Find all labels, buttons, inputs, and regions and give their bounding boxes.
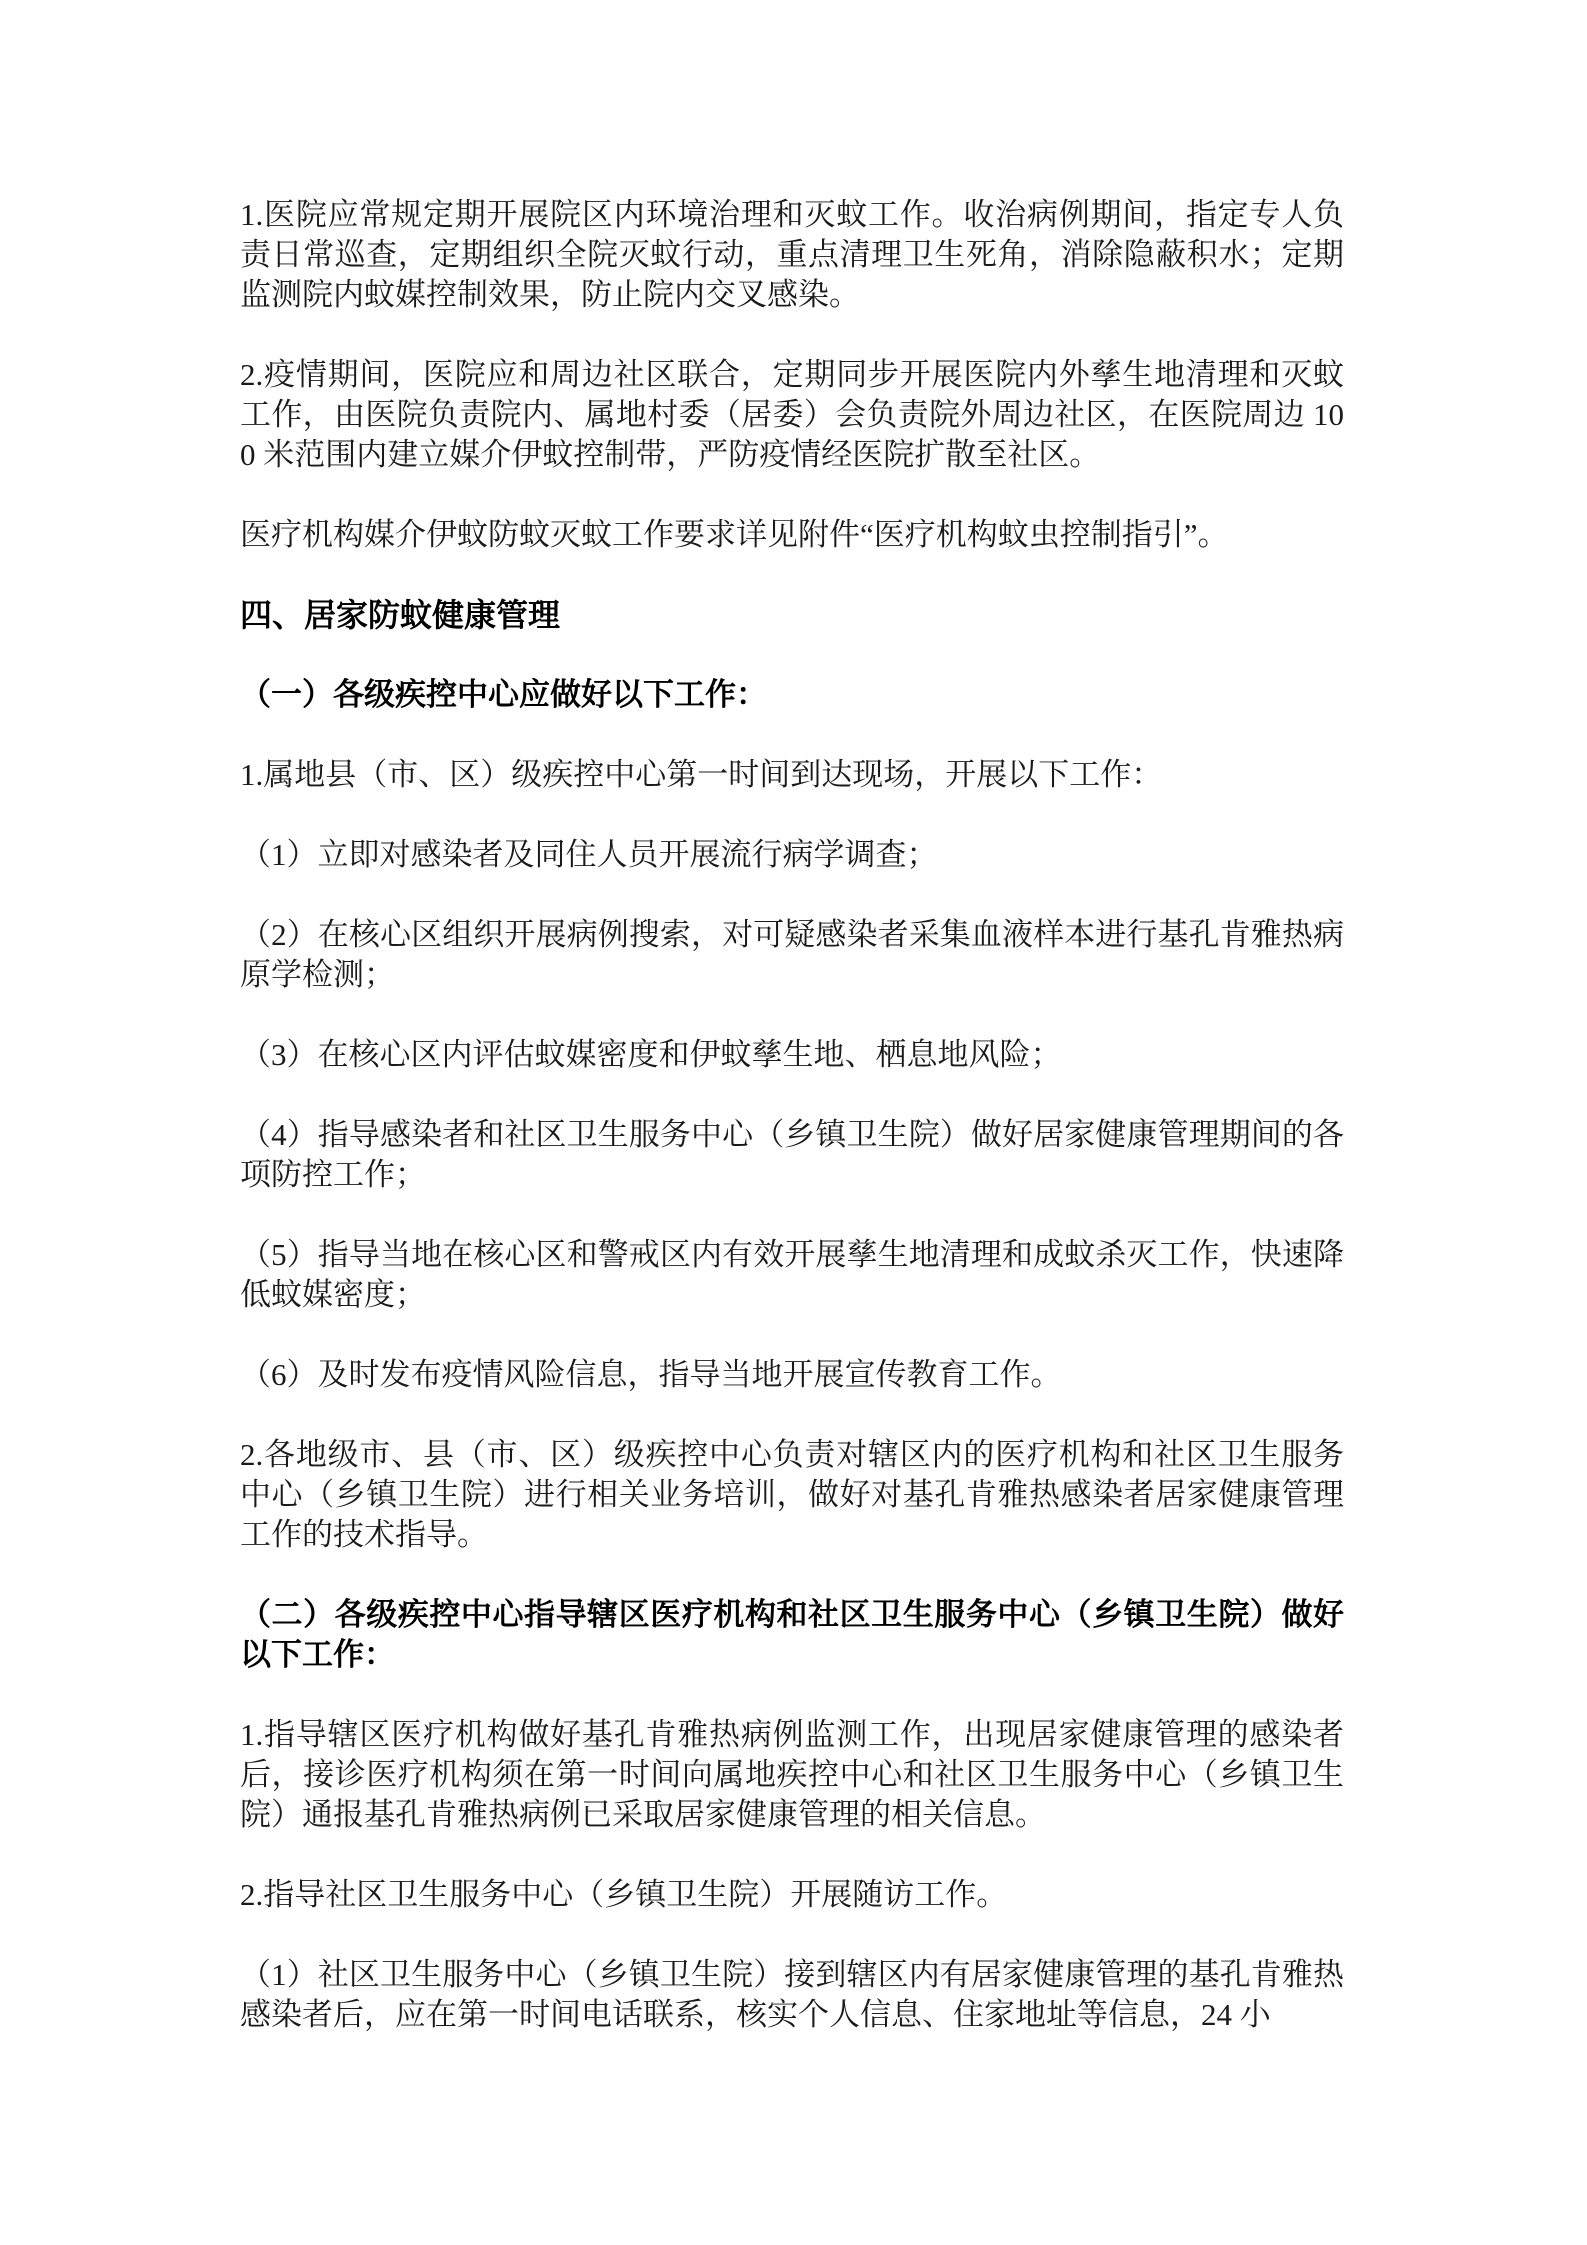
subheading-cdc-tasks: （一）各级疾控中心应做好以下工作：	[240, 675, 1344, 715]
document-page: 1.医院应常规定期开展院区内环境治理和灭蚊工作。收治病例期间，指定专人负责日常巡…	[0, 0, 1587, 2245]
subheading-cdc-guide-medical-institutions: （二）各级疾控中心指导辖区医疗机构和社区卫生服务中心（乡镇卫生院）做好以下工作：	[240, 1595, 1344, 1675]
paragraph-community-center-followup: 2.指导社区卫生服务中心（乡镇卫生院）开展随访工作。	[240, 1875, 1344, 1915]
paragraph-hospital-routine-mosquito-control: 1.医院应常规定期开展院区内环境治理和灭蚊工作。收治病例期间，指定专人负责日常巡…	[240, 195, 1344, 315]
paragraph-city-county-cdc-training: 2.各地级市、县（市、区）级疾控中心负责对辖区内的医疗机构和社区卫生服务中心（乡…	[240, 1435, 1344, 1555]
paragraph-item-2-case-search-blood-samples: （2）在核心区组织开展病例搜索，对可疑感染者采集血液样本进行基孔肯雅热病原学检测…	[240, 915, 1344, 995]
paragraph-item-1-phone-contact-verify-info: （1）社区卫生服务中心（乡镇卫生院）接到辖区内有居家健康管理的基孔肯雅热感染者后…	[240, 1955, 1344, 2035]
paragraph-item-6-risk-information-publicity: （6）及时发布疫情风险信息，指导当地开展宣传教育工作。	[240, 1355, 1344, 1395]
paragraph-county-cdc-arrive-onsite: 1.属地县（市、区）级疾控中心第一时间到达现场，开展以下工作：	[240, 755, 1344, 795]
paragraph-epidemic-hospital-community-joint-control: 2.疫情期间，医院应和周边社区联合，定期同步开展医院内外孳生地清理和灭蚊工作，由…	[240, 355, 1344, 475]
paragraph-case-monitoring-notification: 1.指导辖区医疗机构做好基孔肯雅热病例监测工作，出现居家健康管理的感染者后，接诊…	[240, 1715, 1344, 1835]
paragraph-item-5-breeding-site-clearance: （5）指导当地在核心区和警戒区内有效开展孳生地清理和成蚊杀灭工作，快速降低蚊媒密…	[240, 1235, 1344, 1315]
paragraph-item-4-guide-home-health-management: （4）指导感染者和社区卫生服务中心（乡镇卫生院）做好居家健康管理期间的各项防控工…	[240, 1115, 1344, 1195]
paragraph-item-3-vector-density-assessment: （3）在核心区内评估蚊媒密度和伊蚊孳生地、栖息地风险；	[240, 1035, 1344, 1075]
section-heading-home-mosquito-health-management: 四、居家防蚊健康管理	[240, 595, 1344, 635]
paragraph-medical-institution-attachment-reference: 医疗机构媒介伊蚊防蚊灭蚊工作要求详见附件“医疗机构蚊虫控制指引”。	[240, 515, 1344, 555]
paragraph-item-1-epidemiological-investigation: （1）立即对感染者及同住人员开展流行病学调查；	[240, 835, 1344, 875]
